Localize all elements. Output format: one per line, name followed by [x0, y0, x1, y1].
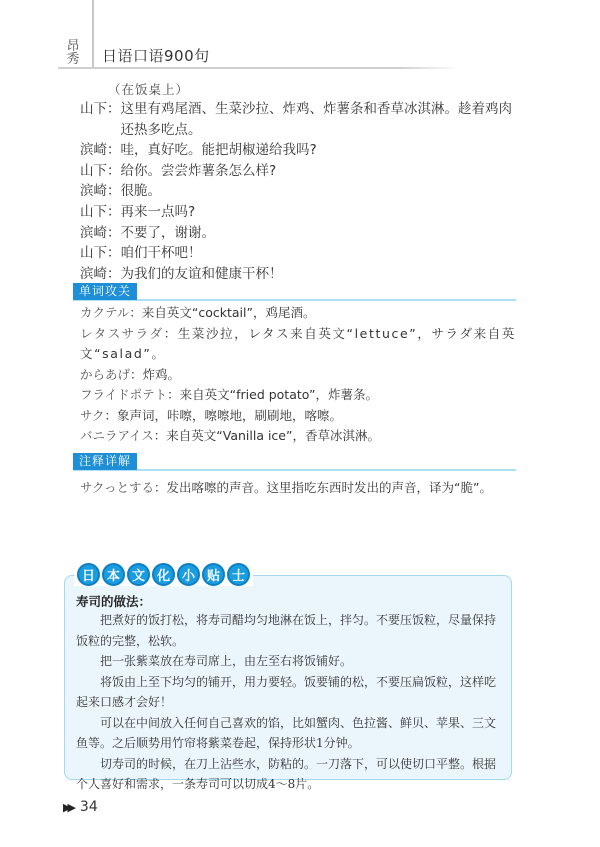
title-badge: 本	[102, 563, 125, 586]
page-number: 34	[80, 799, 98, 815]
vocab-item: からあげ：炸鸡。	[80, 365, 520, 386]
dialogue-line: 山下：给你。尝尝炸薯条怎么样?	[80, 161, 520, 182]
speaker: 山下：	[80, 161, 121, 182]
vocab-item: フライドポテト：来自英文“fried potato”，炸薯条。	[80, 385, 520, 406]
header-rule	[58, 67, 460, 69]
utterance: 这里有鸡尾酒、生菜沙拉、炸鸡、炸薯条和香草冰淇淋。趁着鸡肉还热多吃点。	[121, 99, 521, 140]
dialogue: 山下：这里有鸡尾酒、生菜沙拉、炸鸡、炸薯条和香草冰淇淋。趁着鸡肉还热多吃点。 滨…	[80, 99, 520, 284]
dialogue-line: 滨崎：很脆。	[80, 181, 520, 202]
title-badge: 化	[152, 563, 175, 586]
vocab-desc: ：来自英文“Vanilla ice”，香草冰淇淋。	[154, 428, 380, 443]
culture-paragraph: 可以在中间放入任何自己喜欢的馅，比如蟹肉、色拉酱、鲜贝、苹果、三文鱼等。之后顺势…	[76, 713, 504, 754]
culture-paragraph: 把一张紫菜放在寿司席上，由左至右将饭铺好。	[76, 651, 504, 672]
section-rule	[73, 299, 516, 301]
vocab-item: バニラアイス：来自英文“Vanilla ice”，香草冰淇淋。	[80, 426, 520, 447]
culture-paragraph: 将饭由上至下均匀的铺开，用力要轻。饭要铺的松，不要压扁饭粒，这样吃起来口感才会好…	[76, 672, 504, 713]
dialogue-line: 山下：这里有鸡尾酒、生菜沙拉、炸鸡、炸薯条和香草冰淇淋。趁着鸡肉还热多吃点。	[80, 99, 520, 140]
utterance: 咱们干杯吧！	[121, 243, 521, 264]
speaker: 滨崎：	[80, 181, 121, 202]
vocab-item: サク：象声词，咔嚓，嚓嚓地，刷刷地，喀嚓。	[80, 406, 520, 427]
vocab-item: カクテル：来自英文“cocktail”，鸡尾酒。	[80, 303, 520, 324]
vocab-list: カクテル：来自英文“cocktail”，鸡尾酒。 レタスサラダ：生菜沙拉，レタス…	[80, 303, 520, 447]
title-badge: 士	[227, 563, 250, 586]
note-desc: ：发出喀嚓的声音。这里指吃东西时发出的声音，译为“脆”。	[154, 480, 492, 495]
scene-direction: （在饭桌上）	[108, 80, 189, 98]
title-badge: 贴	[202, 563, 225, 586]
vocab-item: レタスサラダ：生菜沙拉，レタス来自英文“lettuce”，サラダ来自英文“sal…	[80, 324, 520, 365]
culture-tip-title: 日 本 文 化 小 贴 士	[74, 563, 253, 586]
vocab-term: フライドポテト	[80, 387, 167, 402]
speaker: 滨崎：	[80, 223, 121, 244]
vocab-desc: ：炸鸡。	[130, 367, 180, 382]
vocab-term: カクテル	[80, 305, 129, 320]
dialogue-line: 滨崎：不要了，谢谢。	[80, 223, 520, 244]
utterance: 不要了，谢谢。	[121, 223, 521, 244]
vocab-term: レタスサラダ	[80, 326, 164, 341]
title-badge: 日	[77, 563, 100, 586]
culture-subtitle: 寿司的做法：	[76, 592, 151, 610]
dialogue-line: 滨崎：为我们的友谊和健康干杯！	[80, 264, 520, 285]
vocab-term: サク	[80, 408, 105, 423]
notes-section-title: 注释详解	[73, 453, 137, 470]
vocab-section-title: 单词攻关	[73, 283, 137, 300]
speaker: 滨崎：	[80, 140, 121, 161]
title-badge: 文	[127, 563, 150, 586]
header-vertical-divider	[92, 0, 94, 68]
speaker: 山下：	[80, 243, 121, 264]
speaker: 山下：	[80, 202, 121, 223]
utterance: 为我们的友谊和健康干杯！	[121, 264, 521, 285]
section-rule	[73, 469, 516, 471]
vocab-term: バニラアイス	[80, 428, 154, 443]
fast-forward-icon: ▶▶	[63, 801, 72, 814]
notes-section-header: 注释详解	[73, 453, 516, 470]
brand-char: 秀	[62, 53, 84, 66]
culture-paragraph: 把煮好的饭打松，将寿司醋均匀地淋在饭上，拌匀。不要压饭粒，尽量保持饭粒的完整，松…	[76, 610, 504, 651]
utterance: 很脆。	[121, 181, 521, 202]
speaker: 滨崎：	[80, 264, 121, 285]
vocab-desc: ：象声词，咔嚓，嚓嚓地，刷刷地，喀嚓。	[105, 408, 343, 423]
vocab-term: からあげ	[80, 367, 130, 382]
vocab-section-header: 单词攻关	[73, 283, 516, 300]
page-footer: ▶▶ 34	[63, 799, 98, 815]
dialogue-line: 山下：咱们干杯吧！	[80, 243, 520, 264]
book-title: 日语口语900句	[102, 45, 210, 66]
publisher-brand: 昂 秀	[62, 40, 84, 66]
utterance: 哇，真好吃。能把胡椒递给我吗?	[121, 140, 521, 161]
dialogue-line: 滨崎：哇，真好吃。能把胡椒递给我吗?	[80, 140, 520, 161]
note-term: サクっとする	[80, 480, 154, 495]
culture-paragraph: 切寿司的时候，在刀上沾些水，防粘的。一刀落下，可以使切口平整。根据个人喜好和需求…	[76, 754, 504, 795]
dialogue-line: 山下：再来一点吗?	[80, 202, 520, 223]
culture-body: 把煮好的饭打松，将寿司醋均匀地淋在饭上，拌匀。不要压饭粒，尽量保持饭粒的完整，松…	[76, 610, 504, 795]
speaker: 山下：	[80, 99, 121, 140]
title-badge: 小	[177, 563, 200, 586]
vocab-desc: ：来自英文“cocktail”，鸡尾酒。	[129, 305, 315, 320]
utterance: 再来一点吗?	[121, 202, 521, 223]
utterance: 给你。尝尝炸薯条怎么样?	[121, 161, 521, 182]
note-item: サクっとする：发出喀嚓的声音。这里指吃东西时发出的声音，译为“脆”。	[80, 478, 492, 499]
vocab-desc: ：来自英文“fried potato”，炸薯条。	[167, 387, 378, 402]
